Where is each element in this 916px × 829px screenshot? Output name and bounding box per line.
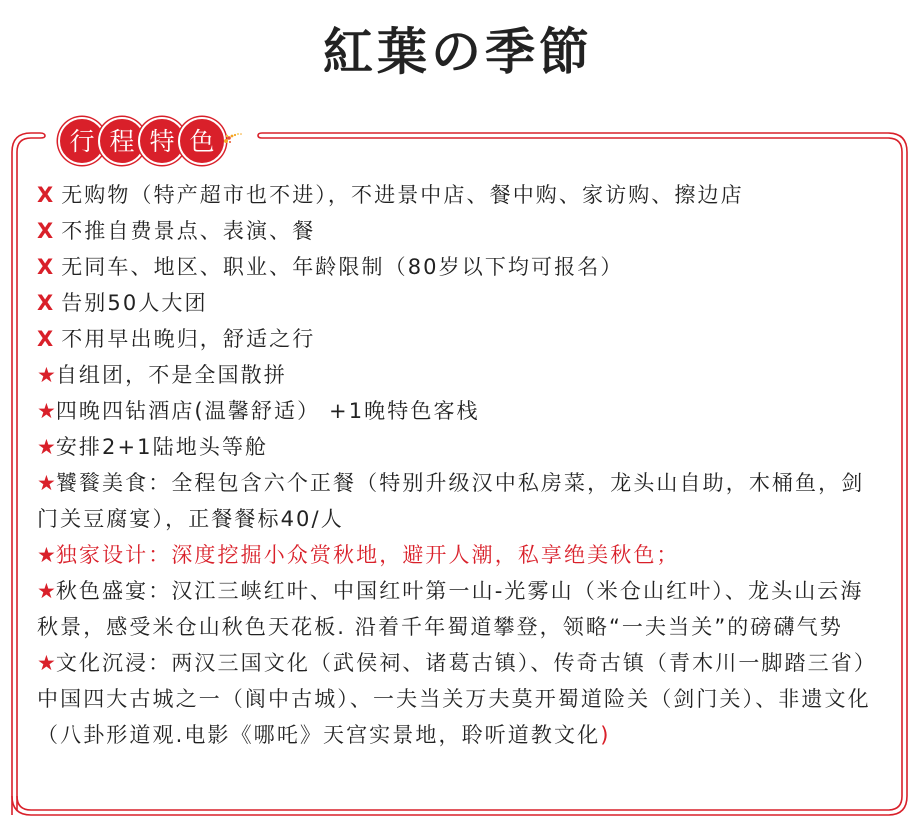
- page-title: 紅葉の季節: [0, 12, 916, 92]
- exclusion-item: X无同车、地区、职业、年龄限制（80岁以下均可报名）: [37, 249, 885, 285]
- highlight-text: 四晚四钻酒店(温馨舒适） +1晚特色客栈: [56, 399, 480, 423]
- exclusion-text: 告别50人大团: [61, 291, 207, 315]
- exclusion-text: 不推自费景点、表演、餐: [61, 219, 315, 243]
- exclusion-item: X无购物（特产超市也不进），不进景中店、餐中购、家访购、擦边店: [37, 177, 885, 213]
- star-icon: ★: [37, 435, 56, 459]
- star-icon: ★: [37, 363, 56, 387]
- closing-paren: ): [600, 723, 610, 747]
- star-icon: ★: [37, 543, 56, 567]
- cross-icon: X: [37, 255, 53, 279]
- highlight-item: ★秋色盛宴：汉江三峡红叶、中国红叶第一山-光雾山（米仓山红叶）、龙头山云海秋景，…: [37, 573, 885, 645]
- cross-icon: X: [37, 291, 53, 315]
- star-icon: ★: [37, 471, 56, 495]
- highlight-text: 安排2+1陆地头等舱: [56, 435, 268, 459]
- highlight-item: ★四晚四钻酒店(温馨舒适） +1晚特色客栈: [37, 393, 885, 429]
- highlight-item: ★安排2+1陆地头等舱: [37, 429, 885, 465]
- maple-leaf-icon: [222, 131, 244, 145]
- badge-char: 色: [178, 117, 226, 165]
- highlight-text: 饕餮美食：全程包含六个正餐（特别升级汉中私房菜，龙头山自助，木桶鱼，剑门关豆腐宴…: [37, 471, 864, 531]
- exclusion-item: X不推自费景点、表演、餐: [37, 213, 885, 249]
- star-icon: ★: [37, 579, 56, 603]
- features-list: X无购物（特产超市也不进），不进景中店、餐中购、家访购、擦边店 X不推自费景点、…: [37, 177, 885, 753]
- highlight-text: 秋色盛宴：汉江三峡红叶、中国红叶第一山-光雾山（米仓山红叶）、龙头山云海秋景，感…: [37, 579, 864, 639]
- highlight-text: 独家设计：深度挖掘小众赏秋地，避开人潮，私享绝美秋色；: [56, 543, 680, 567]
- exclusion-text: 无同车、地区、职业、年龄限制（80岁以下均可报名）: [61, 255, 623, 279]
- highlight-text: 文化沉浸：两汉三国文化（武侯祠、诸葛古镇）、传奇古镇（青木川一脚踏三省）中国四大…: [37, 651, 877, 747]
- exclusion-text: 无购物（特产超市也不进），不进景中店、餐中购、家访购、擦边店: [61, 183, 744, 207]
- cross-icon: X: [37, 183, 53, 207]
- highlight-item: ★饕餮美食：全程包含六个正餐（特别升级汉中私房菜，龙头山自助，木桶鱼，剑门关豆腐…: [37, 465, 885, 537]
- section-badge: 行 程 特 色: [58, 116, 218, 166]
- exclusion-item: X不用早出晚归，舒适之行: [37, 321, 885, 357]
- highlight-item-featured: ★独家设计：深度挖掘小众赏秋地，避开人潮，私享绝美秋色；: [37, 537, 885, 573]
- highlight-item: ★文化沉浸：两汉三国文化（武侯祠、诸葛古镇）、传奇古镇（青木川一脚踏三省）中国四…: [37, 645, 885, 753]
- star-icon: ★: [37, 399, 56, 423]
- star-icon: ★: [37, 651, 56, 675]
- cross-icon: X: [37, 219, 53, 243]
- cross-icon: X: [37, 327, 53, 351]
- highlight-text: 自组团，不是全国散拼: [56, 363, 287, 387]
- exclusion-text: 不用早出晚归，舒适之行: [61, 327, 315, 351]
- exclusion-item: X告别50人大团: [37, 285, 885, 321]
- highlight-item: ★自组团，不是全国散拼: [37, 357, 885, 393]
